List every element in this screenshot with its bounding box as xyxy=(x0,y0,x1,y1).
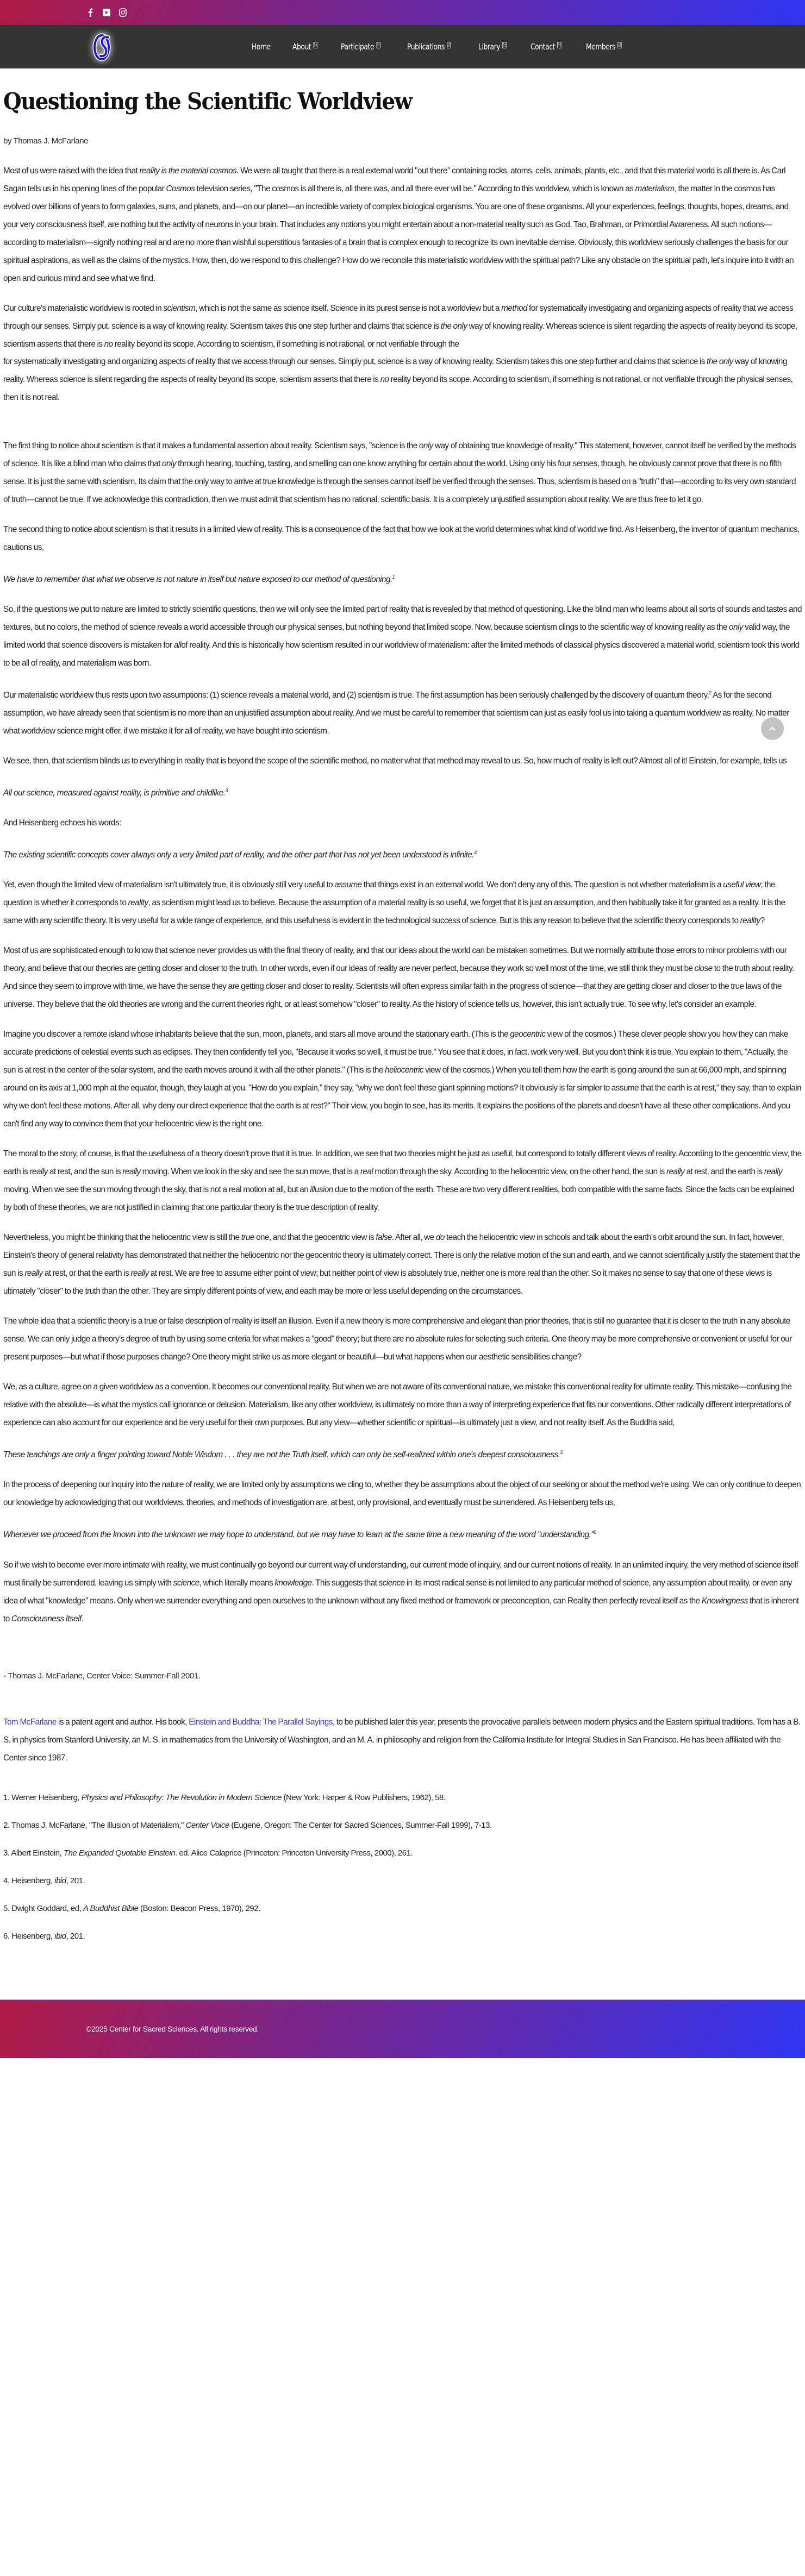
paragraph: So, if the questions we put to nature ar… xyxy=(3,600,802,672)
paragraph: In the process of deepening our inquiry … xyxy=(3,1476,802,1512)
nav-item-publications[interactable]: PublicationsF107 xyxy=(407,42,451,52)
signoff: - Thomas J. McFarlane, Center Voice: Sum… xyxy=(3,1671,802,1681)
facebook-icon[interactable] xyxy=(86,8,95,17)
paragraph: We see, then, that scientism blinds us t… xyxy=(3,752,802,770)
nav-item-participate[interactable]: ParticipateF107 xyxy=(341,42,380,52)
paragraph: Yet, even though the limited view of mat… xyxy=(3,876,802,930)
nav-label: About xyxy=(292,42,311,52)
chevron-up-icon xyxy=(769,726,776,731)
author-bio: Tom McFarlane is a patent agent and auth… xyxy=(3,1713,802,1767)
footnote: 2. Thomas J. McFarlane, "The Illusion of… xyxy=(3,1816,802,1834)
chevron-down-icon: F107 xyxy=(617,42,621,48)
article-body: Most of us were raised with the idea tha… xyxy=(3,162,802,1628)
book-link[interactable]: Einstein and Buddha: The Parallel Saying… xyxy=(189,1718,333,1727)
nav-label: Library xyxy=(478,42,500,52)
chevron-down-icon: F107 xyxy=(557,42,561,48)
paragraph: The second thing to notice about scienti… xyxy=(3,521,802,556)
block-quote: These teachings are only a finger pointi… xyxy=(3,1444,802,1464)
site-header: Home AboutF107 ParticipateF107 Publicati… xyxy=(0,0,805,68)
paragraph: Our materialistic worldview thus rests u… xyxy=(3,684,802,740)
block-quote: The existing scientific concepts cover a… xyxy=(3,844,802,864)
nav-menu: Home AboutF107 ParticipateF107 Publicati… xyxy=(252,25,647,68)
site-footer: ©2025 Center for Sacred Sciences. All ri… xyxy=(0,2000,805,2058)
paragraph-overlap-text: for systematically investigating and org… xyxy=(3,353,802,406)
scroll-to-top-button[interactable] xyxy=(761,717,784,740)
paragraph: Nevertheless, you might be thinking that… xyxy=(3,1229,802,1300)
paragraph-text: Our culture's materialistic worldview is… xyxy=(3,299,802,353)
nav-item-home[interactable]: Home xyxy=(252,42,271,52)
chevron-down-icon: F107 xyxy=(502,42,506,48)
block-quote: We have to remember that what we observe… xyxy=(3,568,802,588)
block-quote: Whenever we proceed from the known into … xyxy=(3,1524,802,1544)
chevron-down-icon: F107 xyxy=(314,42,317,48)
footnote: 6. Heisenberg, ibid, 201. xyxy=(3,1927,802,1945)
nav-item-about[interactable]: AboutF107 xyxy=(292,42,317,52)
paragraph: We, as a culture, agree on a given world… xyxy=(3,1378,802,1432)
nav-item-library[interactable]: LibraryF107 xyxy=(478,42,507,52)
youtube-icon[interactable] xyxy=(102,8,111,17)
social-bar xyxy=(0,0,805,25)
paragraph: Most of us are sophisticated enough to k… xyxy=(3,942,802,1013)
copyright: ©2025 Center for Sacred Sciences. All ri… xyxy=(86,2025,259,2033)
paragraph: The first thing to notice about scientis… xyxy=(3,437,802,509)
paragraph: Imagine you discover a remote island who… xyxy=(3,1025,802,1133)
paragraph: The moral to the story, of course, is th… xyxy=(3,1145,802,1217)
block-quote: All our science, measured against realit… xyxy=(3,782,802,802)
page-title: Questioning the Scientific Worldview xyxy=(3,88,738,115)
nav-label: Members xyxy=(586,42,615,52)
paragraph: And Heisenberg echoes his words: xyxy=(3,814,802,832)
nav-item-contact[interactable]: ContactF107 xyxy=(531,42,561,52)
bio-text: is a patent agent and author. His book, xyxy=(57,1718,189,1727)
footnote: 5. Dwight Goddard, ed, A Buddhist Bible … xyxy=(3,1900,802,1917)
chevron-down-icon: F107 xyxy=(447,42,451,48)
byline: by Thomas J. McFarlane xyxy=(3,136,802,146)
nav-item-members[interactable]: MembersF107 xyxy=(586,42,622,52)
nav-label: Home xyxy=(252,42,271,52)
main-navbar: Home AboutF107 ParticipateF107 Publicati… xyxy=(0,25,805,68)
article: Questioning the Scientific Worldview by … xyxy=(0,68,805,1945)
nav-label: Publications xyxy=(407,42,445,52)
chevron-down-icon: F107 xyxy=(376,42,380,48)
nav-label: Contact xyxy=(531,42,555,52)
footnotes: 1. Werner Heisenberg, Physics and Philos… xyxy=(3,1789,802,1945)
paragraph: The whole idea that a scientific theory … xyxy=(3,1312,802,1366)
paragraph: So if we wish to become ever more intima… xyxy=(3,1556,802,1628)
paragraph: Most of us were raised with the idea tha… xyxy=(3,162,802,287)
site-logo[interactable] xyxy=(90,32,117,62)
instagram-icon[interactable] xyxy=(118,8,127,17)
footnote: 3. Albert Einstein, The Expanded Quotabl… xyxy=(3,1844,802,1862)
nav-label: Participate xyxy=(341,42,374,52)
footnote: 4. Heisenberg, ibid, 201. xyxy=(3,1872,802,1890)
footnote: 1. Werner Heisenberg, Physics and Philos… xyxy=(3,1789,802,1807)
author-link[interactable]: Tom McFarlane xyxy=(3,1718,57,1727)
paragraph: Our culture's materialistic worldview is… xyxy=(3,299,802,437)
